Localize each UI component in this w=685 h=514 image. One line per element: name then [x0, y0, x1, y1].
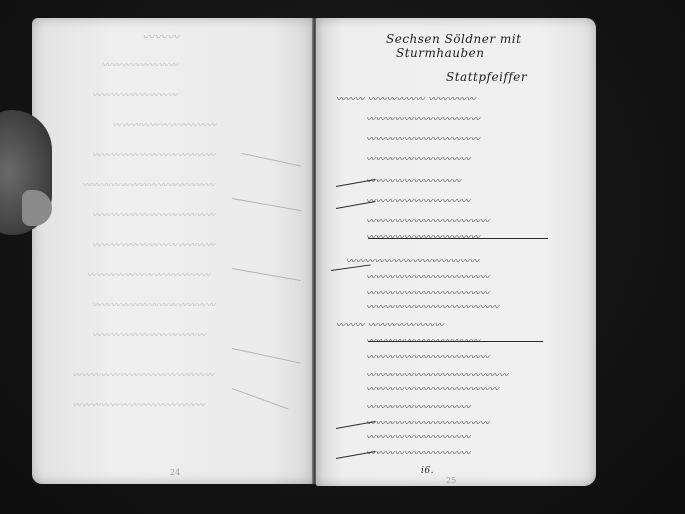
entry: 〰〰〰〰〰〰〰〰〰〰〰〰〰〰 [366, 382, 499, 395]
left-line: 〰〰〰〰〰〰〰〰〰〰〰〰〰〰 [72, 398, 205, 411]
entry: 〰〰〰 〰〰〰〰〰〰〰〰 [336, 318, 444, 331]
entry: 〰〰〰〰〰〰〰〰〰〰〰〰〰 [366, 270, 490, 283]
left-line: 〰〰〰〰〰〰〰〰 [102, 58, 178, 71]
entry: 〰〰〰 〰〰〰〰〰〰 〰〰〰〰〰 [336, 92, 476, 105]
entry: 〰〰〰〰〰〰〰〰〰〰〰〰 [366, 132, 480, 145]
entry: 〰〰〰〰〰〰〰〰〰〰〰 [366, 400, 471, 413]
entry: 〰〰〰〰〰〰〰〰〰〰〰〰〰 [366, 286, 490, 299]
left-strike [242, 153, 301, 166]
right-folio-number: 25 [446, 476, 456, 485]
left-line: 〰〰〰〰〰〰〰〰〰〰〰〰〰 [92, 148, 216, 161]
entry: 〰〰〰〰〰〰〰〰〰〰〰〰〰〰 [366, 300, 499, 313]
left-page: 〰〰〰 〰〰〰〰〰〰〰〰 〰〰〰〰〰〰〰〰〰 〰〰〰〰〰〰〰〰〰〰〰 〰〰〰〰〰… [32, 18, 314, 484]
left-line: 〰〰〰〰〰〰〰〰〰〰〰〰 [92, 328, 206, 341]
entry: 〰〰〰〰〰〰〰〰〰〰 [366, 174, 461, 187]
left-heading-faint: 〰〰〰 [142, 28, 180, 45]
page-heading-line1: Sechsen Söldner mit [386, 32, 521, 46]
entry: 〰〰〰〰〰〰〰〰〰〰〰 [366, 446, 471, 459]
left-line: 〰〰〰〰〰〰〰〰〰〰〰〰〰〰〰 [72, 368, 215, 381]
strike-line [368, 238, 548, 239]
left-line: 〰〰〰〰〰〰〰〰〰〰〰〰〰〰 [82, 178, 215, 191]
left-line: 〰〰〰〰〰〰〰〰〰〰〰〰〰 [87, 268, 211, 281]
strike-line [368, 341, 543, 342]
entry: 〰〰〰〰〰〰〰〰〰〰〰 [366, 152, 471, 165]
bottom-mark: i6. [421, 466, 434, 476]
entry-struck: 〰〰〰〰〰〰〰〰〰〰〰〰 [366, 230, 480, 243]
left-strike [232, 388, 289, 409]
entry: 〰〰〰〰〰〰〰〰〰〰〰 [366, 430, 471, 443]
entry: 〰〰〰〰〰〰〰〰〰〰〰〰〰 [366, 214, 490, 227]
left-strike [232, 198, 301, 211]
page-heading-line2: Sturmhauben [396, 46, 485, 60]
left-line: 〰〰〰〰〰〰〰〰〰 [92, 88, 178, 101]
entry: 〰〰〰〰〰〰〰〰〰〰〰〰〰 [366, 350, 490, 363]
left-line: 〰〰〰〰〰〰〰〰〰〰〰〰〰 [92, 238, 216, 251]
left-line: 〰〰〰〰〰〰〰〰〰〰〰〰〰 [92, 298, 216, 311]
entry: 〰〰〰〰〰〰〰〰〰〰〰〰 [366, 112, 480, 125]
page-subheading: Stattpfeiffer [446, 70, 527, 84]
left-folio-number: 24 [170, 468, 180, 477]
entry: 〰〰〰〰〰〰〰〰〰〰〰 [366, 194, 471, 207]
left-line: 〰〰〰〰〰〰〰〰〰〰〰 [112, 118, 217, 131]
right-page: Sechsen Söldner mit Sturmhauben Stattpfe… [316, 18, 596, 486]
left-strike [232, 268, 301, 281]
left-line: 〰〰〰〰〰〰〰〰〰〰〰〰〰 [92, 208, 216, 221]
left-strike [232, 348, 301, 364]
entry: 〰〰〰〰〰〰〰〰〰〰〰〰〰 [366, 416, 490, 429]
entry: 〰〰〰〰〰〰〰〰〰〰〰〰〰〰〰 [366, 368, 509, 381]
